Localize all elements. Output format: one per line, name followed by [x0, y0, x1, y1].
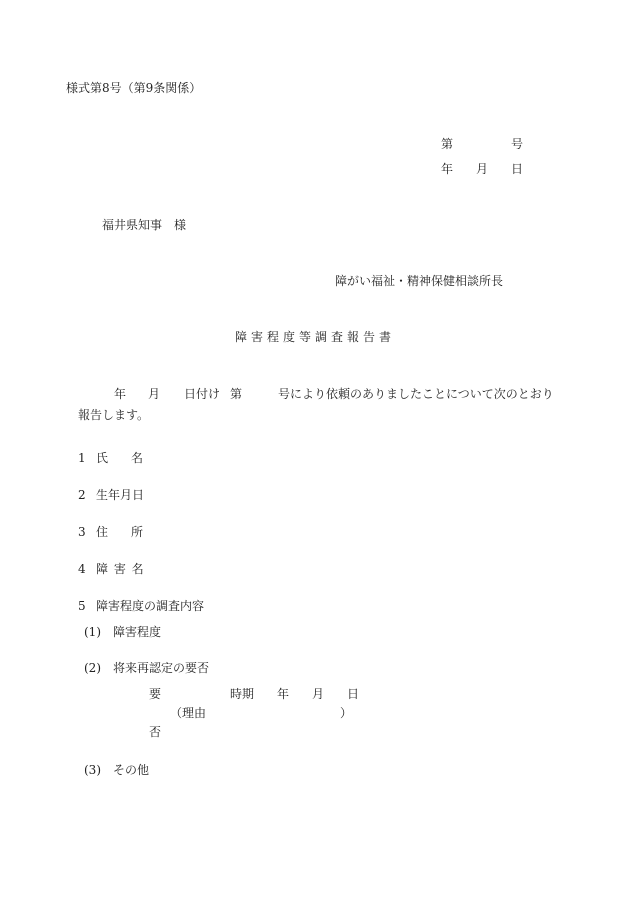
document-title: 障害程度等調査報告書 [235, 330, 395, 344]
sub-item-2-number: (2) [84, 661, 101, 675]
doc-number-suffix: 号 [511, 137, 523, 151]
reassessment-reason-close: ） [340, 706, 352, 720]
body-no-prefix: 第 [230, 387, 242, 401]
sub-item-3-label: その他 [113, 763, 149, 777]
sub-item-3-number: (3) [84, 763, 101, 777]
item-3-number: 3 [78, 525, 86, 539]
item-3-label-b: 所 [131, 525, 143, 539]
item-1-number: 1 [78, 451, 86, 465]
doc-number-prefix: 第 [441, 137, 453, 151]
body-month: 月 [148, 387, 160, 401]
reassessment-reason-open: （理由 [170, 706, 206, 720]
sub-item-1-label: 障害程度 [113, 625, 161, 639]
sub-item-1-number: (1) [84, 625, 101, 639]
reassessment-year: 年 [277, 687, 289, 701]
reassessment-required: 要 [149, 687, 161, 701]
item-2-label: 生年月日 [96, 488, 144, 502]
item-5-number: 5 [78, 599, 86, 613]
item-1-label-b: 名 [131, 451, 143, 465]
body-text-line2: 報告します。 [78, 408, 149, 422]
body-day-ref: 日付け [184, 387, 220, 401]
date-day: 日 [511, 162, 523, 176]
addressee: 福井県知事 様 [102, 218, 186, 232]
body-year: 年 [114, 387, 126, 401]
reassessment-day: 日 [347, 687, 359, 701]
reassessment-timing: 時期 [230, 687, 254, 701]
date-month: 月 [476, 162, 488, 176]
item-3-label-a: 住 [96, 525, 108, 539]
sender: 障がい福祉・精神保健相談所長 [335, 274, 503, 288]
reassessment-not-required: 否 [149, 725, 161, 739]
item-2-number: 2 [78, 488, 86, 502]
date-year: 年 [441, 162, 453, 176]
item-5-label: 障害程度の調査内容 [96, 599, 204, 613]
sub-item-2-label: 将来再認定の要否 [113, 661, 209, 675]
item-1-label-a: 氏 [96, 451, 108, 465]
item-4-label: 障 害 名 [96, 562, 144, 576]
reassessment-month: 月 [312, 687, 324, 701]
form-number: 様式第8号（第9条関係） [66, 81, 201, 95]
body-text-line1: 号により依頼のありましたことについて次のとおり [278, 387, 554, 401]
item-4-number: 4 [78, 562, 86, 576]
